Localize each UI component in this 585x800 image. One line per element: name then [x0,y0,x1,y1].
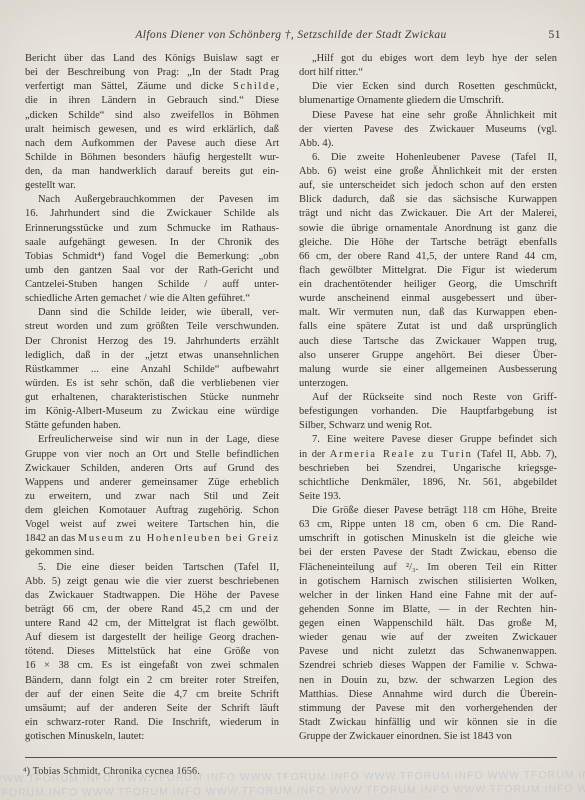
text-line: schichtliche Denkmäler, 1896, Nr. 561, a… [299,476,557,490]
book-page-scan: Alfons Diener von Schönberg †, Setzschil… [0,0,585,800]
text-line: Stadt Zwickau hinfällig und wir können s… [299,716,557,730]
text-line: auf, sie unterscheidet sich jedoch schon… [299,179,557,193]
text-line: gegen einen Wappenschild hält. Das große… [299,617,557,631]
text-line: gekommen sind. [25,546,279,560]
footnote-rule [25,757,557,758]
text-line: Cantzelei-Stuben hangen Schilde / auff u… [25,278,279,292]
running-header: Alfons Diener von Schönberg †, Setzschil… [25,29,557,45]
text-line: Matthias. Diese Annahme wird durch die Ü… [299,688,557,702]
text-line: schiedliche Arten gemachet / wie die Alt… [25,292,279,306]
text-line: Die vier Ecken sind durch Rosetten gesch… [299,80,557,94]
text-line: Abb. 6) weist eine große Ähnlichkeit mit… [299,165,557,179]
text-line: auch diese Tartsche das Zwickauer Wappen… [299,335,557,349]
text-line: Seite 193. [299,490,557,504]
text-line: beträgt 66 cm, der obere Rand 45,2 cm un… [25,603,279,617]
text-line: Bericht über das Land des Königs Buislaw… [25,52,279,66]
text-line: Erfreulicherweise sind wir nun in der La… [25,433,279,447]
text-line: umsäumt; auf der anderen Seite der Schri… [25,702,279,716]
text-line: wurde anscheinend einmal ausgebessert un… [299,292,557,306]
text-line: Zwickauer Schilden, anderen Orts auf Gru… [25,462,279,476]
text-line: 63 cm, Rippe unten 18 cm, oben 6 cm. Die… [299,518,557,532]
text-line: beschrieben bei Szendrei, Ungarische kri… [299,462,557,476]
text-line: 16. Jahrhundert sind die Zwickauer Schil… [25,207,279,221]
text-line: sowie die übrige ornamentale Anordnung i… [299,222,557,236]
text-line: würden. Es ist sehr schön, daß die verbl… [25,377,279,391]
text-line: ein schwarz-roter Rand. Die Inschrift, w… [25,716,279,730]
text-line: Schilde in Böhmen besonders häufig herge… [25,151,279,165]
text-line: Pavese und nicht zuletzt das Schwanenwap… [299,645,557,659]
text-line: lediglich, daß in der „jetzt etwas unans… [25,349,279,363]
text-line: Gruppe von vier noch an Ort und Stelle b… [25,448,279,462]
text-line: 7. Eine weitere Pavese dieser Gruppe bef… [299,433,557,447]
text-line: befestigungen vorhanden. Die Hauptfarbge… [299,405,557,419]
text-line: in der Armeria Reale zu Turin (Tafel II,… [299,448,557,462]
text-line: Tobias Schmidt⁴) fand Vogel die Bemerkun… [25,250,279,264]
text-line: saale aufgehängt gewesen. In der Chronik… [25,236,279,250]
text-line: gotischen Minuskeln, lautet: [25,730,279,744]
text-line: tötend. Dieses Mittelstück hat eine Größ… [25,645,279,659]
watermark-row: WWW.TFORUM.INFO WWW.TFORUM.INFO WWW.TFOR… [0,782,585,800]
text-line: Die Größe dieser Pavese beträgt 118 cm H… [299,504,557,518]
text-line: ein drachentötender heiliger Georg, die … [299,278,557,292]
text-line: umschrift in gotischen Minuskeln ist die… [299,532,557,546]
text-line: der auf der einen Seite die 4,7 cm breit… [25,688,279,702]
text-line: bei der Beschreibung von Prag: „In der S… [25,66,279,80]
text-line: stimmung der Pavese mit den vorhergehend… [299,702,557,716]
text-line: malt. Wir vermuten nun, daß das Kurwappe… [299,306,557,320]
text-line: nach dem Aufkommen der Pavese auch diese… [25,137,279,151]
text-line: Rüstkammer ... eine Anzahl Schilde“ aufb… [25,363,279,377]
text-line: dort hilf ritter.“ [299,66,557,80]
text-line: die in ihren Ländern in Gebrauch sind.“ … [25,94,279,108]
text-line: den, da man handwerklich darauf bereits … [25,165,279,179]
text-line: Erinnerungsstücke und zum Schmucke im Ra… [25,222,279,236]
text-line: gestellt war. [25,179,279,193]
text-line: zu erweitern, und zwar nach Stil und Zei… [25,490,279,504]
page-number: 51 [549,29,562,41]
footnote: ⁴) Tobias Schmidt, Chronika cycnea 1656. [23,766,200,777]
text-line: nen in Douin zu, bzw. der schwarzen Legi… [299,674,557,688]
header-title: Alfons Diener von Schönberg †, Setzschil… [135,29,446,41]
text-line: im König-Albert-Museum zu Zwickau eine w… [25,405,279,419]
text-line: Nach Außergebrauchkommen der Pavesen im [25,193,279,207]
text-line: 5. Die eine dieser beiden Tartschen (Taf… [25,561,279,575]
text-line: streut worden und zum größten Teile vers… [25,320,279,334]
text-line: 16 × 38 cm. Es ist eingefaßt von zwei sc… [25,659,279,673]
text-line: unterzogen. [299,377,557,391]
text-line: Blick dadurch, daß sie das sächsische Ku… [299,193,557,207]
text-line: Silber, Schwarz und wenig Rot. [299,419,557,433]
text-line: malung wurde sie einer allgemeinen Ausbe… [299,363,557,377]
text-line: 1842 an das Museum zu Hohenleuben bei Gr… [25,532,279,546]
text-line: blumenartige Ornamente gliedern die Umsc… [299,94,557,108]
text-line: falls eine spätere Zutat ist und daß urs… [299,320,557,334]
text-line: umb den gantzen Saal vor der Rath-Gerich… [25,264,279,278]
text-line: in gotischem Harnisch zwischen stilisier… [299,575,557,589]
text-line: Auf der Rückseite sind noch Reste von Gr… [299,391,557,405]
text-line: Der Chronist Herzog des 19. Jahrhunderts… [25,335,279,349]
text-line: trägt und nicht das Zwickauer. Die Art d… [299,207,557,221]
text-line: also unserer Gruppe angehört. Bei dieser… [299,349,557,363]
text-line: Bändern, dann folgt ein 2 cm breiter rot… [25,674,279,688]
text-line: verfertigt man Sättel, Zäume und dicke S… [25,80,279,94]
text-line: untere Rand 42 cm, der Mittelgrat ist fl… [25,617,279,631]
letterspaced-text: Schilde [233,81,276,92]
text-line: 66 cm, der obere Rand 41,5, der untere R… [299,250,557,264]
text-line: 6. Die zweite Hohenleubener Pavese (Tafe… [299,151,557,165]
text-line: „Hilf got du ebiges wort dem leyb hye de… [299,52,557,66]
text-line: gehenden Sonne im Blatte, — in der Recht… [299,603,557,617]
text-line: flach gewölbter Mittelgrat. Die Figur is… [299,264,557,278]
letterspaced-text: Museum zu Hohenleuben bei Greiz [78,533,280,544]
text-line: Auf diesem ist dargestellt der heilige G… [25,631,279,645]
text-line: Stätte gefunden haben. [25,419,279,433]
text-line: gleiche. Die Höhe der Tartsche beträgt e… [299,236,557,250]
text-line: das Zwickauer Stadtwappen. Die Höhe der … [25,589,279,603]
text-line: Flächeneinteilung auf ²/₃. Im oberen Tei… [299,561,557,575]
text-line: der vierten Pavese des Zwickauer Museums… [299,123,557,137]
text-line: Abb. 4). [299,137,557,151]
text-column-right: „Hilf got du ebiges wort dem leyb hye de… [299,52,557,744]
text-line: Szendrei schrieb dieses Wappen der Famil… [299,659,557,673]
text-line: dem gleichen Komotauer Auftrag zugehörig… [25,504,279,518]
text-line: Diese Pavese hat eine sehr große Ähnlich… [299,109,557,123]
text-line: Abb. 5) zeigt genau wie die vier zuerst … [25,575,279,589]
text-line: Wappens und anderer gemeinsamer Züge erh… [25,476,279,490]
letterspaced-text: Armeria Reale zu Turin [330,449,473,460]
text-line: gut erhaltenen, charakteristischen Stück… [25,391,279,405]
text-line: wieder genau wie auf der zweiten Zwickau… [299,631,557,645]
text-column-left: Bericht über das Land des Königs Buislaw… [25,52,279,744]
text-line: „dicken Schilde“ sind also zweifellos in… [25,109,279,123]
text-line: Vogel weist auf zwei weitere Tartschen h… [25,518,279,532]
text-line: bei der ersten Pavese der Stadt Zwickau,… [299,546,557,560]
text-line: welcher in der linken Hand eine Fahne mi… [299,589,557,603]
text-line: Dann sind die Schilde leider, wie überal… [25,306,279,320]
text-line: uralt heimisch gewesen, und es wird erkl… [25,123,279,137]
text-line: Gruppe der Zwickauer einordnen. Sie ist … [299,730,557,744]
